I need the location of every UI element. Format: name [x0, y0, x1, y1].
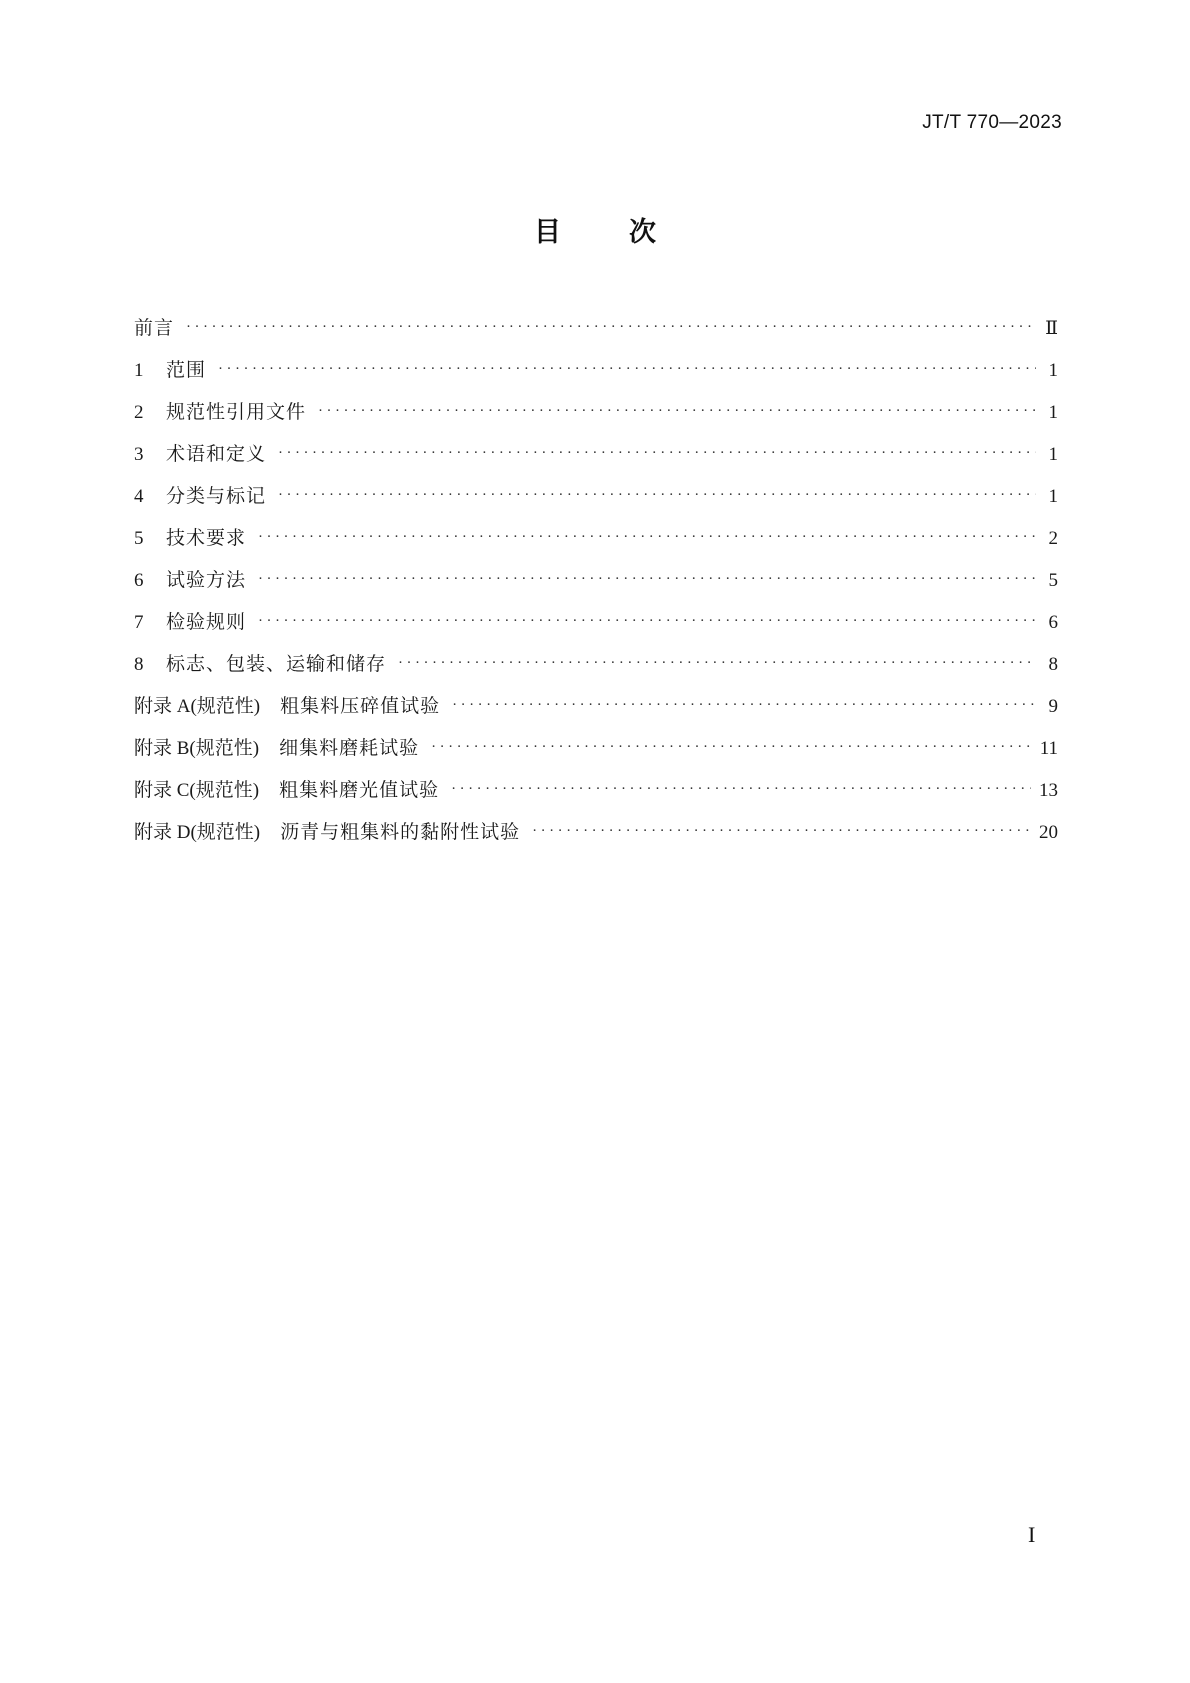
toc-entry-label: 检验规则	[166, 602, 258, 644]
toc-entry-number: 6	[134, 560, 166, 602]
toc-entry-label: 技术要求	[166, 518, 258, 560]
toc-entry-5[interactable]: 5 技术要求 2	[134, 518, 1058, 560]
dot-leader	[318, 390, 1036, 432]
toc-entry-annex-prefix: 附录 A(规范性)	[134, 686, 260, 728]
toc-entry-page: 2	[1036, 518, 1058, 560]
toc-entry-label: 范围	[166, 350, 218, 392]
toc-entry-number: 2	[134, 392, 166, 434]
toc-entry-label: 粗集料压碎值试验	[280, 686, 452, 728]
toc-entry-annex-prefix: 附录 B(规范性)	[134, 728, 259, 770]
dot-leader	[431, 726, 1032, 768]
dot-leader	[258, 516, 1036, 558]
toc-entry-page: 9	[1036, 686, 1058, 728]
toc-entry-4[interactable]: 4 分类与标记 1	[134, 476, 1058, 518]
toc-entry-number: 1	[134, 350, 166, 392]
toc-entry-3[interactable]: 3 术语和定义 1	[134, 434, 1058, 476]
title-char-1: 目	[534, 210, 561, 249]
toc-entry-label: 沥青与粗集料的黏附性试验	[280, 812, 532, 854]
toc-entry-label: 前言	[134, 308, 186, 350]
toc-entry-annex-prefix: 附录 D(规范性)	[134, 812, 260, 854]
toc-entry-annex-c[interactable]: 附录 C(规范性) 粗集料磨光值试验 13	[134, 770, 1058, 812]
toc-entry-annex-b[interactable]: 附录 B(规范性) 细集料磨耗试验 11	[134, 728, 1058, 770]
toc-entry-page: 8	[1036, 644, 1058, 686]
toc-entry-page: 1	[1036, 350, 1058, 392]
toc-entry-page: Ⅱ	[1036, 308, 1058, 350]
toc-entry-label: 分类与标记	[166, 476, 278, 518]
toc-entry-number: 4	[134, 476, 166, 518]
toc-entry-number: 3	[134, 434, 166, 476]
toc-entry-label: 术语和定义	[166, 434, 278, 476]
table-of-contents: 前言 Ⅱ 1 范围 1 2 规范性引用文件 1 3 术语和定义 1 4 分类与标…	[134, 308, 1058, 854]
toc-entry-page: 1	[1036, 476, 1058, 518]
dot-leader	[278, 432, 1036, 474]
dot-leader	[258, 558, 1036, 600]
dot-leader	[258, 600, 1036, 642]
toc-entry-label: 标志、包装、运输和储存	[166, 644, 398, 686]
toc-entry-label: 细集料磨耗试验	[279, 728, 431, 770]
toc-entry-8[interactable]: 8 标志、包装、运输和储存 8	[134, 644, 1058, 686]
toc-entry-annex-prefix: 附录 C(规范性)	[134, 770, 259, 812]
dot-leader	[532, 810, 1031, 852]
toc-entry-6[interactable]: 6 试验方法 5	[134, 560, 1058, 602]
toc-entry-annex-d[interactable]: 附录 D(规范性) 沥青与粗集料的黏附性试验 20	[134, 812, 1058, 854]
page-number: I	[1028, 1522, 1035, 1548]
toc-entry-label: 试验方法	[166, 560, 258, 602]
standard-code: JT/T 770—2023	[922, 112, 1062, 134]
toc-entry-number: 8	[134, 644, 166, 686]
toc-entry-annex-a[interactable]: 附录 A(规范性) 粗集料压碎值试验 9	[134, 686, 1058, 728]
toc-entry-label: 规范性引用文件	[166, 392, 318, 434]
dot-leader	[452, 684, 1036, 726]
toc-entry-page: 20	[1031, 812, 1058, 854]
toc-entry-page: 13	[1031, 770, 1058, 812]
toc-entry-number: 5	[134, 518, 166, 560]
dot-leader	[398, 642, 1036, 684]
toc-entry-7[interactable]: 7 检验规则 6	[134, 602, 1058, 644]
toc-entry-page: 5	[1036, 560, 1058, 602]
dot-leader	[278, 474, 1036, 516]
toc-entry-number: 7	[134, 602, 166, 644]
toc-entry-page: 1	[1036, 434, 1058, 476]
toc-entry-foreword[interactable]: 前言 Ⅱ	[134, 308, 1058, 350]
dot-leader	[451, 768, 1031, 810]
toc-entry-page: 1	[1036, 392, 1058, 434]
dot-leader	[186, 306, 1036, 348]
page-title: 目次	[0, 210, 1190, 249]
toc-entry-1[interactable]: 1 范围 1	[134, 350, 1058, 392]
toc-entry-page: 11	[1032, 728, 1058, 770]
toc-entry-2[interactable]: 2 规范性引用文件 1	[134, 392, 1058, 434]
title-char-2: 次	[629, 210, 656, 249]
toc-entry-page: 6	[1036, 602, 1058, 644]
toc-entry-label: 粗集料磨光值试验	[279, 770, 451, 812]
dot-leader	[218, 348, 1036, 390]
